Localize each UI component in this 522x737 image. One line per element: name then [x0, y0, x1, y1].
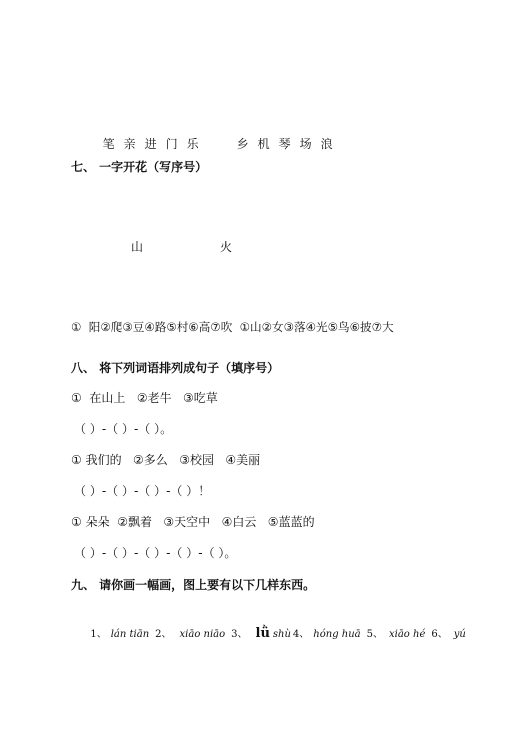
word-char: 浪 — [321, 136, 342, 152]
word-char: 机 — [258, 136, 279, 152]
word-char: 笔 — [103, 136, 124, 152]
center-char-huo: 火 — [220, 239, 232, 255]
item-pinyin: xiāo niāo — [180, 629, 226, 640]
word-char: 亲 — [124, 136, 145, 152]
word-char: 进 — [145, 136, 166, 152]
item-num: 1、 — [90, 629, 106, 640]
q1-words: ① 在山上 ②老牛 ③吃草 — [71, 390, 218, 406]
section-7-options: ① 阳②爬③豆④路⑤村⑥高⑦吹 ①山②女③落④光⑤鸟⑥披⑦大 — [71, 319, 394, 335]
item-num: 6、 — [431, 629, 447, 640]
word-char: 琴 — [279, 136, 300, 152]
word-char: 门 — [166, 136, 187, 152]
center-char-shan: 山 — [131, 239, 143, 255]
item-pinyin: lán tiān — [111, 629, 149, 640]
pinyin-items: 1、lán tiān2、xiāo niāo3、lǜshù4、hóng huā5、… — [84, 610, 466, 643]
section-9-title: 九、 请你画一幅画，图上要有以下几样东西。 — [71, 577, 315, 593]
word-char: 场 — [300, 136, 321, 152]
item-pinyin: xiāo hé — [389, 629, 425, 640]
q1-answer: （ ）-（ ）-（ ）。 — [74, 421, 172, 437]
q3-words: ① 朵朵 ②飘着 ③天空中 ④白云 ⑤蓝蓝的 — [71, 514, 315, 530]
item-num: 4、 — [293, 629, 309, 640]
item-pinyin: hóng huā — [313, 629, 360, 640]
item-pinyin-big: lǜ — [256, 626, 270, 641]
section-8-title: 八、 将下列词语排列成句子（填序号） — [71, 360, 279, 376]
item-pinyin: yú — [454, 629, 466, 640]
q3-answer: （ ）-（ ）-（ ）-（ ）-（ ）。 — [74, 545, 236, 561]
item-pinyin: shù — [273, 629, 291, 640]
word-row: 笔亲进门乐乡机琴场浪 — [95, 120, 342, 152]
item-num: 5、 — [367, 629, 383, 640]
item-num: 3、 — [231, 629, 247, 640]
word-char: 乐 — [187, 136, 237, 152]
q2-words: ① 我们的 ②多么 ③校园 ④美丽 — [71, 452, 260, 468]
section-7-title: 七、 一字开花（写序号） — [71, 159, 207, 175]
q2-answer: （ ）-（ ）-（ ）-（ ）！ — [74, 483, 210, 499]
item-num: 2、 — [155, 629, 171, 640]
word-char: 乡 — [237, 136, 258, 152]
